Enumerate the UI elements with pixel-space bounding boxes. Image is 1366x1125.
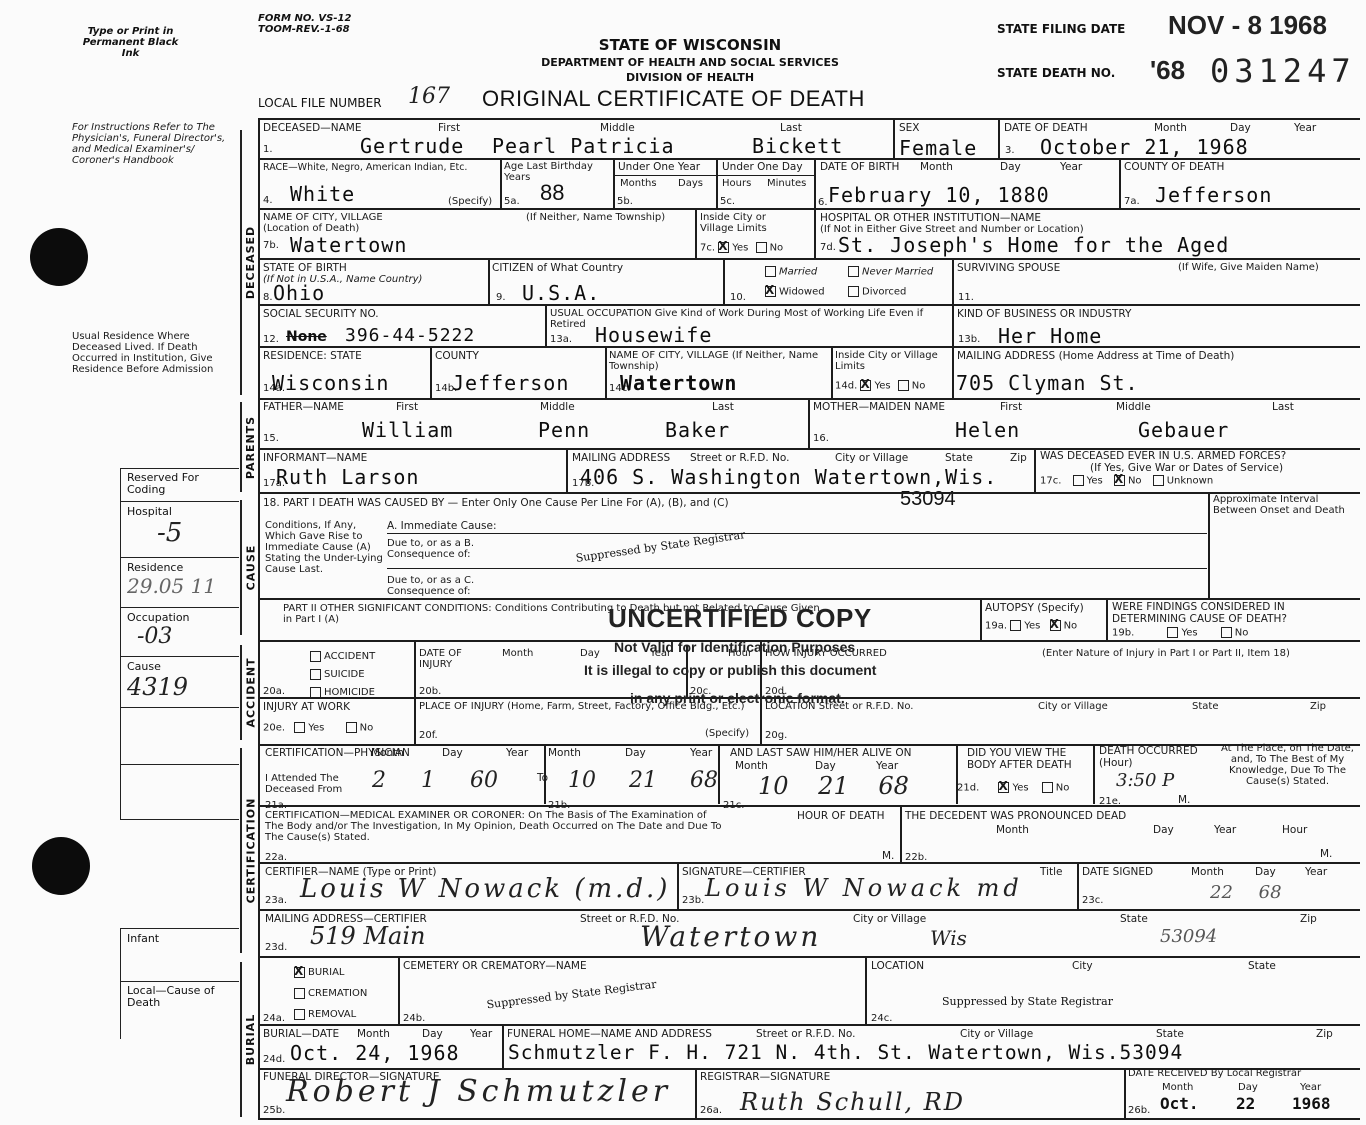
coding-hospital-value: -5	[157, 518, 233, 548]
coding-cause-value: 4319	[127, 673, 233, 701]
item-12: 12.	[263, 334, 279, 345]
disposition-options: BURIAL CREMATION REMOVAL	[294, 962, 367, 1025]
handbook-note: For Instructions Refer to The Physician'…	[72, 122, 232, 166]
item-19b: 19b.	[1112, 628, 1134, 639]
registrar-signature: Ruth Schull, RD	[740, 1088, 965, 1116]
coding-box: Reserved For Coding Hospital -5 Residenc…	[120, 468, 239, 820]
section-deceased-label: DECEASED	[245, 226, 258, 299]
item-16: 16.	[813, 433, 829, 444]
pronounced-day-label: Day	[1153, 824, 1174, 836]
section-burial-label: BURIAL	[245, 1014, 258, 1065]
item-23b: 23b.	[682, 895, 704, 906]
section-accident: ACCIDENT	[240, 645, 260, 740]
filing-date-label: STATE FILING DATE	[997, 22, 1125, 36]
last-saw-year-label: Year	[876, 760, 898, 772]
certifier-state: Wis	[930, 926, 967, 950]
item-5b: 5b.	[617, 196, 633, 207]
under-day-label: Under One Day	[722, 161, 803, 173]
race-specify: (Specify)	[448, 196, 492, 207]
county-death-label: COUNTY OF DEATH	[1124, 161, 1224, 173]
cremation-label: CREMATION	[308, 988, 367, 999]
item-11: 11.	[958, 292, 974, 303]
death-occurred-hour: 3:50 P	[1116, 770, 1174, 791]
coding-residence: Residence 29.05 11	[121, 558, 239, 608]
section-certification: CERTIFICATION	[240, 748, 260, 953]
mother-last-label: Last	[1272, 401, 1294, 413]
coding-residence-label: Residence	[127, 561, 183, 574]
pronounced-hour-label: Hour	[1282, 824, 1307, 836]
county-of-death: Jefferson	[1155, 183, 1272, 207]
armed-forces-label: WAS DECEASED EVER IN U.S. ARMED FORCES?	[1040, 450, 1286, 462]
divider	[814, 208, 816, 258]
medical-examiner-label: CERTIFICATION—MEDICAL EXAMINER OR CORONE…	[265, 810, 725, 843]
divider	[980, 598, 982, 640]
funeral-director-signature: Robert J Schmutzler	[286, 1074, 671, 1109]
item-20e: 20e.	[263, 723, 285, 734]
item-15: 15.	[263, 433, 279, 444]
divider	[1093, 744, 1095, 804]
item-24b: 24b.	[403, 1013, 425, 1024]
date-signed-year-label: Year	[1305, 866, 1327, 878]
divider	[258, 492, 1360, 494]
injury-at-work-options: 20e. Yes No	[263, 722, 373, 734]
item-4: 4.	[263, 195, 273, 206]
to-day-label: Day	[625, 747, 646, 759]
injury-city-label: City or Village	[1038, 701, 1108, 712]
name-first-label: First	[438, 122, 460, 134]
item-5a: 5a.	[504, 196, 520, 207]
divider	[258, 909, 1360, 911]
father-label: FATHER—NAME	[263, 401, 344, 413]
date-injury-label: DATE OF INJURY	[419, 648, 469, 670]
residence-county: Jefferson	[452, 371, 569, 395]
date-signed-day-label: Day	[1255, 866, 1276, 878]
inside-no-label: No	[770, 243, 784, 254]
divider	[544, 744, 546, 804]
view-body-no-label: No	[1056, 783, 1070, 794]
residence-city: Watertown	[620, 371, 737, 395]
race-label: RACE—White, Negro, American Indian, Etc.	[263, 162, 467, 174]
never-married-checkbox[interactable]	[848, 266, 859, 277]
divider	[258, 862, 1360, 864]
under-year-label: Under One Year	[618, 161, 700, 173]
funeral-state-label: State	[1156, 1028, 1184, 1040]
informant-name: Ruth Larson	[276, 465, 419, 489]
burial-location-label: LOCATION	[871, 960, 924, 972]
item-17c: 17c.	[1040, 476, 1061, 487]
section-parents: PARENTS	[240, 402, 260, 492]
received-month: Oct.	[1160, 1094, 1199, 1113]
widowed-checkbox[interactable]	[765, 286, 776, 297]
divider	[1034, 448, 1036, 492]
infant-label: Infant	[121, 929, 239, 982]
view-body-no-checkbox[interactable]	[1042, 782, 1053, 793]
armed-unknown-label: Unknown	[1167, 476, 1213, 487]
watermark-illegal: It is illegal to copy or publish this do…	[584, 662, 876, 678]
funeral-street-label: Street or R.F.D. No.	[756, 1028, 855, 1040]
sex-label: SEX	[899, 122, 920, 134]
divider	[900, 805, 902, 862]
item-10: 10.	[730, 292, 746, 303]
informant-city-label: City or Village	[835, 452, 908, 464]
received-day-label: Day	[1238, 1082, 1258, 1093]
item-20a: 20a.	[263, 686, 285, 697]
father-last: Baker	[665, 418, 730, 442]
coding-hospital-label: Hospital	[127, 505, 172, 518]
married-label: Married	[779, 267, 817, 278]
widowed-label: Widowed	[779, 287, 825, 298]
binder-hole-bottom	[32, 837, 90, 895]
date-of-death: October 21, 1968	[1040, 135, 1249, 159]
item-24c: 24c.	[871, 1013, 892, 1024]
local-file-label: LOCAL FILE NUMBER	[258, 96, 382, 110]
frame-bottom	[258, 1118, 1360, 1120]
dob-label: DATE OF BIRTH	[820, 161, 870, 173]
view-body-yes-checkbox[interactable]	[998, 782, 1009, 793]
father-middle-label: Middle	[540, 401, 575, 413]
coding-cause: Cause 4319	[121, 657, 239, 708]
divorced-checkbox[interactable]	[848, 286, 859, 297]
married-checkbox[interactable]	[765, 266, 776, 277]
cemetery-label: CEMETERY OR CREMATORY—NAME	[403, 960, 587, 972]
item-1: 1.	[263, 144, 273, 155]
item-13b: 13b.	[958, 334, 980, 345]
never-married-label: Never Married	[862, 267, 933, 278]
city-label: NAME OF CITY, VILLAGE (Location of Death…	[263, 212, 413, 234]
hours-label: Hours	[722, 178, 751, 189]
divorced-label: Divorced	[862, 287, 906, 298]
burial-checkbox[interactable]	[294, 967, 305, 978]
watermark-format: in any print or electronic format.	[630, 690, 845, 706]
certifier-title-label: Title	[1040, 866, 1063, 878]
autopsy-yes-label: Yes	[1024, 621, 1040, 632]
divider	[695, 1068, 697, 1118]
last-saw-label: AND LAST SAW HIM/HER ALIVE ON	[730, 747, 912, 759]
cause-c-label: Due to, or as a C. Consequence of:	[387, 575, 507, 597]
armed-no-checkbox[interactable]	[1114, 475, 1125, 486]
minutes-label: Minutes	[767, 178, 806, 189]
days-label: Days	[678, 178, 703, 189]
divider	[998, 118, 1000, 158]
birth-state: Ohio	[273, 281, 325, 305]
view-body-options: 21d. Yes No	[957, 782, 1069, 794]
months-label: Months	[620, 178, 657, 189]
removal-checkbox[interactable]	[294, 1009, 305, 1020]
divider	[258, 805, 1360, 807]
informant-street-label: Street or R.F.D. No.	[690, 452, 789, 464]
cremation-checkbox[interactable]	[294, 988, 305, 999]
spouse-note: (If Wife, Give Maiden Name)	[1178, 262, 1319, 273]
sex-value: Female	[899, 136, 977, 160]
death-no-label: STATE DEATH NO.	[997, 66, 1115, 80]
item-7b: 7b.	[263, 240, 279, 251]
received-day: 22	[1236, 1094, 1255, 1113]
item-6: 6.	[818, 197, 828, 208]
residence-inside-yes-checkbox[interactable]	[860, 380, 871, 391]
item-23c: 23c.	[1082, 895, 1103, 906]
last-saw-alive: 10 21 68	[758, 772, 909, 800]
section-certification-label: CERTIFICATION	[245, 798, 258, 904]
divider	[258, 158, 1360, 160]
item-8: 8.	[263, 292, 273, 303]
coding-residence-value: 29.05 11	[127, 574, 233, 598]
township-note: (If Neither, Name Township)	[526, 212, 665, 223]
date-signed-label: DATE SIGNED	[1082, 866, 1153, 878]
conditions-note: Conditions, If Any, Which Gave Rise to I…	[265, 520, 385, 575]
coding-blank-2	[121, 765, 239, 819]
mother-last: Gebauer	[1138, 418, 1229, 442]
mailing-label: MAILING ADDRESS (Home Address at Time of…	[957, 350, 1234, 362]
father-last-label: Last	[712, 401, 734, 413]
manner-options: ACCIDENT SUICIDE HOMICIDE	[310, 648, 375, 702]
divider	[1106, 598, 1108, 640]
section-deceased: DECEASED	[240, 130, 260, 395]
accident-label: ACCIDENT	[324, 651, 375, 662]
ssn-value: 396-44-5222	[345, 325, 475, 346]
to-year-label: Year	[690, 747, 712, 759]
at-work-yes-label: Yes	[308, 723, 324, 734]
section-accident-label: ACCIDENT	[245, 657, 258, 727]
divider	[488, 258, 490, 304]
spouse-label: SURVIVING SPOUSE	[957, 262, 1060, 274]
findings-no-checkbox[interactable]	[1221, 627, 1232, 638]
divider	[677, 862, 679, 909]
suicide-checkbox[interactable]	[310, 669, 321, 680]
hospital-label: HOSPITAL OR OTHER INSTITUTION—NAME	[820, 212, 1041, 224]
autopsy-options: 19a. Yes No	[985, 620, 1077, 632]
marital-married: Married	[765, 266, 817, 278]
received-month-label: Month	[1162, 1082, 1193, 1093]
armed-yes-checkbox[interactable]	[1073, 475, 1084, 486]
divider	[258, 258, 1360, 260]
dob-year-label: Year	[1060, 161, 1082, 173]
armed-no-label: No	[1128, 476, 1142, 487]
divider	[398, 956, 400, 1024]
section-burial: BURIAL	[240, 962, 260, 1117]
divider	[716, 158, 718, 208]
city-of-death: Watertown	[290, 233, 407, 257]
mailing-address: 705 Clyman St.	[956, 371, 1139, 395]
item-24d: 24d.	[263, 1054, 285, 1065]
divider	[502, 1024, 504, 1068]
divider	[387, 533, 1207, 534]
residence-inside-label: Inside City or Village Limits	[835, 350, 945, 372]
last-saw-day-label: Day	[815, 760, 836, 772]
name-label: DECEASED—NAME	[263, 122, 361, 134]
form-number: FORM NO. VS-12	[258, 13, 351, 24]
binder-hole-top	[30, 228, 88, 286]
divider	[814, 158, 816, 208]
autopsy-yes-checkbox[interactable]	[1010, 620, 1021, 631]
citizenship: U.S.A.	[522, 281, 600, 305]
location-suppressed: Suppressed by State Registrar	[942, 995, 1113, 1008]
removal-label: REMOVAL	[308, 1009, 356, 1020]
mother-label: MOTHER—MAIDEN NAME	[813, 401, 945, 413]
received-year: 1968	[1292, 1094, 1331, 1113]
item-23d: 23d.	[265, 942, 287, 953]
local-file-value: 167	[408, 84, 450, 109]
item-13a: 13a.	[550, 334, 572, 345]
death-occurred-label: DEATH OCCURRED (Hour)	[1099, 745, 1209, 769]
division-title: DIVISION OF HEALTH	[540, 71, 840, 84]
item-26b: 26b.	[1128, 1105, 1150, 1116]
burial-day-label: Day	[422, 1028, 443, 1040]
ink-instructions: Type or Print in Permanent Black Ink	[78, 26, 183, 59]
father-middle: Penn	[538, 418, 590, 442]
uncertified-watermark: UNCERTIFIED COPY	[608, 603, 872, 634]
mother-first: Helen	[955, 418, 1020, 442]
dod-month-label: Month	[1154, 122, 1187, 134]
business-value: Her Home	[998, 324, 1102, 348]
business-label: KIND OF BUSINESS OR INDUSTRY	[957, 308, 1131, 320]
divider	[430, 346, 432, 398]
accident-checkbox[interactable]	[310, 651, 321, 662]
attended-from: 2 1 60	[372, 768, 498, 793]
divider	[1077, 862, 1079, 909]
certifier-name: Louis W Nowack (m.d.)	[300, 874, 670, 904]
cemetery-suppressed: Suppressed by State Registrar	[486, 978, 657, 1012]
certifier-signature: Louis W Nowack md	[705, 874, 1023, 902]
occupation-value: Housewife	[595, 323, 712, 347]
findings-yes-label: Yes	[1181, 628, 1197, 639]
funeral-zip-label: Zip	[1316, 1028, 1333, 1040]
certifier-zip-label: Zip	[1300, 913, 1317, 925]
form-revision: TOOM-REV.-1-68	[258, 24, 350, 35]
burial-state-label: State	[1248, 960, 1276, 972]
coding-hospital: Hospital -5	[121, 502, 239, 558]
received-year-label: Year	[1300, 1082, 1321, 1093]
findings-yes-checkbox[interactable]	[1167, 627, 1178, 638]
date-signed-month-label: Month	[1191, 866, 1224, 878]
last-saw-month-label: Month	[735, 760, 768, 772]
injury-day-label: Day	[580, 648, 600, 659]
department-title: DEPARTMENT OF HEALTH AND SOCIAL SERVICES	[490, 56, 890, 69]
divider	[613, 158, 615, 208]
informant-state-label: State	[945, 452, 973, 464]
interval-label: Approximate Interval Between Onset and D…	[1213, 494, 1363, 516]
certifier-city-label: City or Village	[853, 913, 926, 925]
divider	[956, 744, 958, 804]
coding-cause-label: Cause	[127, 660, 161, 673]
injury-state-label: State	[1192, 701, 1218, 712]
funeral-city-label: City or Village	[960, 1028, 1033, 1040]
cause-a-label: A. Immediate Cause:	[387, 520, 497, 532]
informant-address: 406 S. Washington Watertown,Wis.	[580, 465, 997, 489]
autopsy-label: AUTOPSY (Specify)	[985, 602, 1084, 614]
divider	[865, 956, 867, 1024]
divider	[1124, 1068, 1126, 1118]
armed-unknown-checkbox[interactable]	[1153, 475, 1164, 486]
residence-city-label: NAME OF CITY, VILLAGE (If Neither, Name …	[609, 350, 829, 372]
infant-box: Infant Local—Cause of Death	[120, 928, 239, 1039]
divider	[258, 598, 1360, 600]
findings-no-label: No	[1235, 628, 1249, 639]
armed-forces-options: 17c. Yes No Unknown	[1040, 475, 1213, 487]
findings-label: WERE FINDINGS CONSIDERED IN DETERMINING …	[1112, 601, 1352, 625]
coding-occupation-value: -03	[137, 624, 233, 649]
deceased-first-name: Gertrude	[360, 134, 464, 158]
residence-yes-label: Yes	[874, 381, 890, 392]
attended-label: I Attended The Deceased From	[265, 773, 355, 795]
father-first: William	[362, 418, 453, 442]
item-21d: 21d.	[957, 783, 979, 794]
at-work-no-checkbox[interactable]	[346, 722, 357, 733]
at-work-yes-checkbox[interactable]	[294, 722, 305, 733]
divider	[614, 175, 814, 176]
item-19a: 19a.	[985, 621, 1007, 632]
divider	[831, 346, 833, 398]
residence-inside-no-checkbox[interactable]	[898, 380, 909, 391]
item-14d: 14d.	[835, 381, 857, 392]
usual-residence-note: Usual Residence Where Deceased Lived. If…	[72, 331, 222, 375]
divider	[695, 208, 697, 258]
to-label: To	[537, 772, 548, 784]
marital-never-married: Never Married	[848, 266, 933, 278]
divider	[387, 568, 1207, 569]
mother-middle-label: Middle	[1116, 401, 1151, 413]
inside-limits-label: Inside City or Village Limits	[700, 212, 800, 234]
pronounced-month-label: Month	[996, 824, 1029, 836]
residence-state-label: RESIDENCE: STATE	[263, 350, 362, 362]
residence-state: Wisconsin	[272, 371, 389, 395]
dob-month-label: Month	[920, 161, 953, 173]
age-value: 88	[540, 180, 564, 206]
inside-no-checkbox[interactable]	[756, 242, 767, 253]
funeral-home: Schmutzler F. H. 721 N. 4th. St. Waterto…	[508, 1041, 1183, 1064]
informant-label: INFORMANT—NAME	[263, 452, 367, 464]
view-body-label: DID YOU VIEW THE BODY AFTER DEATH	[967, 747, 1087, 771]
residence-inside-options: 14d. Yes No	[835, 380, 925, 392]
item-3: 3.	[1005, 145, 1015, 156]
coding-blank-1	[121, 708, 239, 765]
certifier-street: 519 Main	[310, 922, 425, 950]
dod-label: DATE OF DEATH	[1004, 122, 1088, 134]
item-23a: 23a.	[265, 895, 287, 906]
divider	[808, 398, 810, 448]
cause-part1-label: 18. PART I DEATH WAS CAUSED BY — Enter O…	[263, 497, 729, 509]
cause-b-label: Due to, or as a B. Consequence of:	[387, 538, 507, 560]
dod-day-label: Day	[1230, 122, 1251, 134]
divider	[258, 1024, 1360, 1026]
section-cause: CAUSE	[240, 500, 260, 635]
divider	[258, 208, 1360, 210]
ssn-label: SOCIAL SECURITY NO.	[263, 308, 379, 320]
divider	[605, 346, 607, 398]
injury-zip-label: Zip	[1310, 701, 1326, 712]
injury-at-work-label: INJURY AT WORK	[263, 701, 350, 713]
item-26a: 26a.	[700, 1105, 722, 1116]
burial-month-label: Month	[357, 1028, 390, 1040]
homicide-checkbox[interactable]	[310, 687, 321, 698]
item-20f: 20f.	[419, 730, 438, 741]
divider	[566, 448, 568, 492]
autopsy-no-checkbox[interactable]	[1050, 620, 1061, 631]
inside-limits-options: 7c. Yes No	[700, 242, 783, 254]
marital-widowed: Widowed	[765, 286, 825, 298]
coding-occupation: Occupation -03	[121, 608, 239, 657]
name-last-label: Last	[780, 122, 802, 134]
mother-first-label: First	[1000, 401, 1022, 413]
inside-yes-checkbox[interactable]	[718, 242, 729, 253]
residence-no-label: No	[912, 381, 926, 392]
frame-top	[258, 118, 1360, 120]
informant-zip-label: Zip	[1010, 452, 1027, 464]
hour-of-death-label: HOUR OF DEATH	[797, 810, 885, 822]
burial-label: BURIAL	[308, 967, 345, 978]
race-value: White	[290, 182, 355, 206]
place-specify: (Specify)	[705, 728, 749, 739]
item-9: 9.	[496, 292, 506, 303]
